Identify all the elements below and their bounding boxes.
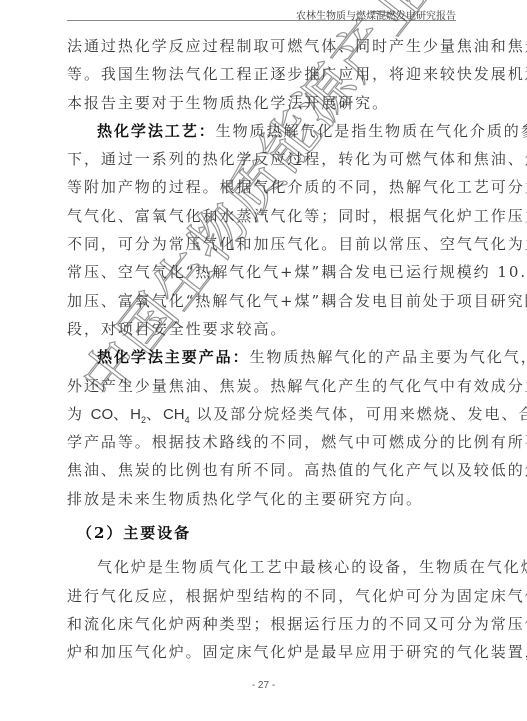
text-fragment: 生物质热解气化是指生物质在气化介质的参与 (216, 122, 527, 140)
header-title: 农林生物质与燃煤混燃发电研究报告 (296, 11, 456, 22)
text-line: 排放是未来生物质热化学气化的主要研究方向。 (67, 485, 459, 513)
text-fragment: 以及部分烷烃类气体，可用来燃烧、发电、合成化 (190, 405, 527, 423)
term-thermochemical-process: 热化学法工艺： (97, 122, 216, 140)
text-line: 气化炉是生物质气化工艺中最核心的设备，生物质在气化炉内 (67, 553, 459, 581)
text-line-chemical-formulas: 为 CO、H2、CH4 以及部分烷烃类气体，可用来燃烧、发电、合成化 (67, 400, 459, 428)
paragraph-process-first-line: 热化学法工艺：生物质热解气化是指生物质在气化介质的参与 (67, 117, 459, 145)
text-line: 炉和加压气化炉。固定床气化炉是最早应用于研究的气化装置，运 (67, 638, 459, 666)
text-line: 气气化、富氧气化和水蒸汽气化等；同时，根据气化炉工作压力的 (67, 202, 459, 230)
text-line: 段，对项目安全性要求较高。 (67, 315, 459, 343)
text-line: 常压、空气气化“热解气化气+煤”耦合发电已运行规模约 10.8MW。 (67, 258, 459, 286)
text-fragment: 、 (146, 405, 163, 423)
page-number: - 27 - (0, 680, 527, 691)
text-line: 焦油、焦炭的比例也有所不同。高热值的气化产气以及较低的焦油 (67, 456, 459, 484)
formula-h-symbol: H (130, 406, 141, 423)
page-body: 法通过热化学反应过程制取可燃气体、同时产生少量焦油和焦炭 等。我国生物法气化工程… (67, 32, 459, 667)
text-line: 本报告主要对于生物质热化学法开展研究。 (67, 89, 459, 117)
text-line: 下，通过一系列的热化学反应过程，转化为可燃气体和焦油、焦炭 (67, 145, 459, 173)
text-line: 等。我国生物法气化工程正逐步推广应用，将迎来较快发展机遇。 (67, 60, 459, 88)
text-line: 进行气化反应，根据炉型结构的不同，气化炉可分为固定床气化炉 (67, 582, 459, 610)
text-line: 加压、富氧气化“热解气化气+煤”耦合发电目前处于项目研究阶 (67, 287, 459, 315)
formula-ch-symbol: CH (163, 406, 185, 423)
text-line: 等附加产物的过程。根据气化介质的不同，热解气化工艺可分为空 (67, 173, 459, 201)
text-line: 外还产生少量焦油、焦炭。热解气化产生的气化气中有效成分主要 (67, 372, 459, 400)
text-fragment: 生物质热解气化的产品主要为气化气，另 (250, 348, 527, 366)
text-line: 和流化床气化炉两种类型；根据运行压力的不同又可分为常压气化 (67, 610, 459, 638)
paragraph-products-first-line: 热化学法主要产品：生物质热解气化的产品主要为气化气，另 (67, 343, 459, 371)
text-fragment: 、 (113, 405, 130, 423)
text-line: 法通过热化学反应过程制取可燃气体、同时产生少量焦油和焦炭 (67, 32, 459, 60)
section-heading: （2）主要设备 (67, 519, 459, 547)
term-thermochemical-products: 热化学法主要产品： (97, 348, 250, 366)
formula-ch4: CH4 (163, 406, 190, 423)
page-header: 农林生物质与燃煤混燃发电研究报告 (67, 4, 456, 21)
text-fragment: 为 (67, 405, 91, 423)
text-line: 不同，可分为常压气化和加压气化。目前以常压、空气气化为主。 (67, 230, 459, 258)
text-line: 学产品等。根据技术路线的不同，燃气中可燃成分的比例有所不同， (67, 428, 459, 456)
formula-co: CO (91, 406, 114, 423)
formula-h2: H2 (130, 406, 146, 423)
document-page: 农林生物质与燃煤混燃发电研究报告 法通过热化学反应过程制取可燃气体、同时产生少量… (0, 0, 527, 721)
